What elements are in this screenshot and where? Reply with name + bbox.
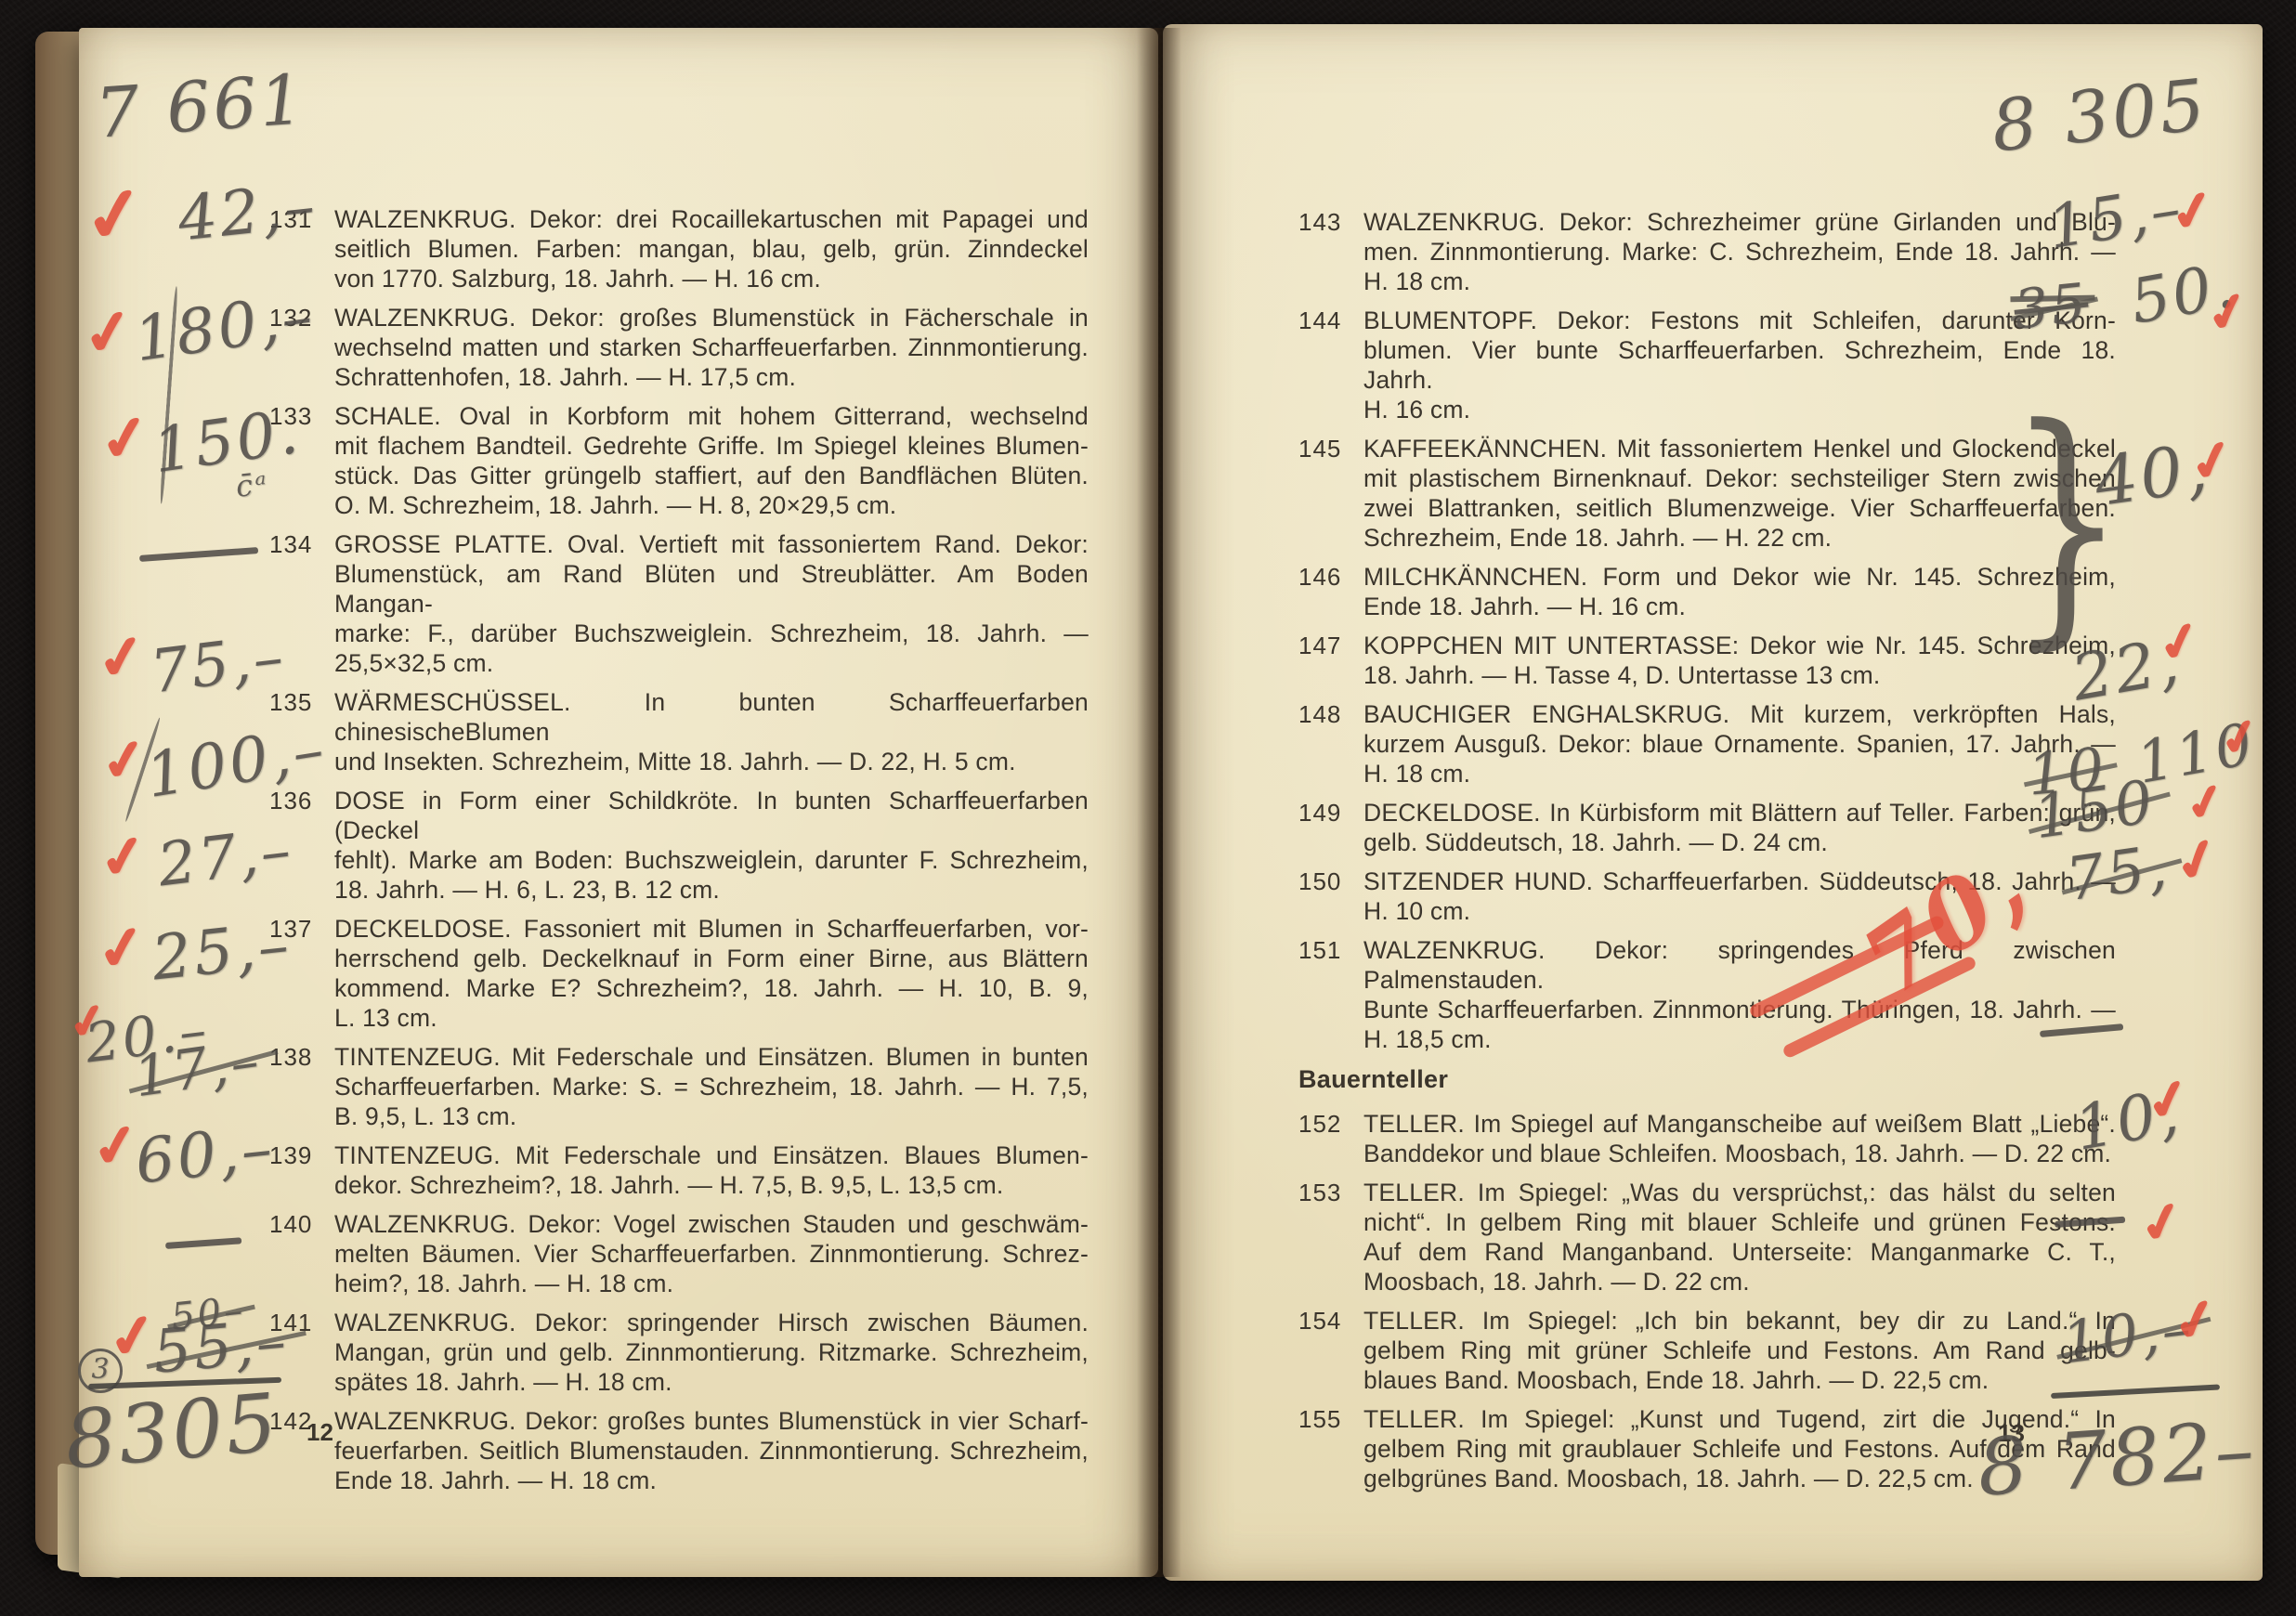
item-number: 152 bbox=[1298, 1110, 1341, 1139]
item-number: 148 bbox=[1298, 700, 1341, 729]
catalog-item: 138TINTENZEUG. Mit Federschale und Einsä… bbox=[269, 1042, 1089, 1131]
item-number: 141 bbox=[269, 1309, 312, 1337]
item-text-line: 18. Jahrh. — H. 6, L. 23, B. 12 cm. bbox=[334, 875, 1089, 905]
item-number: 140 bbox=[269, 1210, 312, 1239]
item-text-line: dekor. Schrezheim?, 18. Jahrh. — H. 7,5,… bbox=[334, 1170, 1089, 1200]
item-text-line: Ende 18. Jahrh. — H. 18 cm. bbox=[334, 1466, 1089, 1495]
item-text-line: von 1770. Salzburg, 18. Jahrh. — H. 16 c… bbox=[334, 264, 1089, 293]
catalog-page-right: 143WALZENKRUG. Dekor: Schrezheimer grüne… bbox=[1163, 24, 2263, 1581]
item-text-line: DOSE in Form einer Schildkröte. In bunte… bbox=[334, 786, 1089, 845]
item-number: 133 bbox=[269, 402, 312, 431]
item-text-line: nicht“. In gelbem Ring mit blauer Schlei… bbox=[1363, 1207, 2116, 1237]
item-text-line: marke: F., darüber Buchszweiglein. Schre… bbox=[334, 619, 1089, 648]
item-text-line: 18. Jahrh. — H. Tasse 4, D. Untertasse 1… bbox=[1363, 660, 2116, 690]
catalog-items-right: 143WALZENKRUG. Dekor: Schrezheimer grüne… bbox=[1298, 207, 2116, 1503]
catalog-item: 154TELLER. Im Spiegel: „Ich bin bekannt,… bbox=[1298, 1306, 2116, 1395]
item-number: 145 bbox=[1298, 435, 1341, 463]
item-number: 136 bbox=[269, 787, 312, 815]
item-text-line: GROSSE PLATTE. Oval. Vertieft mit fasson… bbox=[334, 529, 1089, 559]
item-number: 144 bbox=[1298, 306, 1341, 335]
item-text-line: BAUCHIGER ENGHALSKRUG. Mit kurzem, verkr… bbox=[1363, 699, 2116, 729]
item-text-line: H. 16 cm. bbox=[1363, 395, 2116, 424]
item-text-line: wechselnd matten und starken Scharffeuer… bbox=[334, 332, 1089, 362]
item-text-line: gelbgrünes Band. Moosbach, 18. Jahrh. — … bbox=[1363, 1464, 2116, 1493]
item-text-line: TELLER. Im Spiegel: „Was du versprüchst,… bbox=[1363, 1178, 2116, 1207]
item-text-line: B. 9,5, L. 13 cm. bbox=[334, 1101, 1089, 1131]
item-text-line: WALZENKRUG. Dekor: springendes Pferd zwi… bbox=[1363, 935, 2116, 995]
item-number: 150 bbox=[1298, 867, 1341, 896]
catalog-item: 143WALZENKRUG. Dekor: Schrezheimer grüne… bbox=[1298, 207, 2116, 296]
item-text-line: TELLER. Im Spiegel auf Manganscheibe auf… bbox=[1363, 1109, 2116, 1139]
catalog-page-left: 131WALZENKRUG. Dekor: drei Rocaillekartu… bbox=[79, 28, 1158, 1577]
item-text-line: SITZENDER HUND. Scharffeuerfarben. Südde… bbox=[1363, 867, 2116, 896]
item-text-line: KOPPCHEN MIT UNTERTASSE: Dekor wie Nr. 1… bbox=[1363, 631, 2116, 660]
catalog-item: 132WALZENKRUG. Dekor: großes Blumenstück… bbox=[269, 303, 1089, 392]
item-text-line: KAFFEEKÄNNCHEN. Mit fassoniertem Henkel … bbox=[1363, 434, 2116, 463]
catalog-item: 146MILCHKÄNNCHEN. Form und Dekor wie Nr.… bbox=[1298, 562, 2116, 621]
catalog-item: 153TELLER. Im Spiegel: „Was du versprüch… bbox=[1298, 1178, 2116, 1297]
item-text-line: zwei Blattranken, seitlich Blumenzweige.… bbox=[1363, 493, 2116, 523]
item-number: 151 bbox=[1298, 936, 1341, 965]
catalog-item: 134GROSSE PLATTE. Oval. Vertieft mit fas… bbox=[269, 529, 1089, 678]
item-text-line: Scharffeuerfarben. Marke: S. = Schrezhei… bbox=[334, 1072, 1089, 1101]
page-number-right: 13 bbox=[1998, 1419, 2025, 1448]
item-text-line: kommend. Marke E? Schrezheim?, 18. Jahrh… bbox=[334, 973, 1089, 1003]
item-text-line: Moosbach, 18. Jahrh. — D. 22 cm. bbox=[1363, 1267, 2116, 1297]
catalog-item: 151WALZENKRUG. Dekor: springendes Pferd … bbox=[1298, 935, 2116, 1054]
catalog-item: 139TINTENZEUG. Mit Federschale und Einsä… bbox=[269, 1140, 1089, 1200]
item-text-line: H. 18,5 cm. bbox=[1363, 1024, 2116, 1054]
item-text-line: gelbem Ring mit grüner Schleife und Fest… bbox=[1363, 1336, 2116, 1365]
item-text-line: WALZENKRUG. Dekor: springender Hirsch zw… bbox=[334, 1308, 1089, 1337]
catalog-item: 149DECKELDOSE. In Kürbisform mit Blätter… bbox=[1298, 798, 2116, 857]
item-text-line: WÄRMESCHÜSSEL. In bunten Scharffeuerfarb… bbox=[334, 687, 1089, 747]
item-text-line: L. 13 cm. bbox=[334, 1003, 1089, 1033]
item-number: 131 bbox=[269, 205, 312, 234]
item-number: 153 bbox=[1298, 1179, 1341, 1207]
item-text-line: WALZENKRUG. Dekor: großes Blumenstück in… bbox=[334, 303, 1089, 332]
item-text-line: heim?, 18. Jahrh. — H. 18 cm. bbox=[334, 1269, 1089, 1298]
item-text-line: H. 18 cm. bbox=[1363, 267, 2116, 296]
catalog-item: 150SITZENDER HUND. Scharffeuerfarben. Sü… bbox=[1298, 867, 2116, 926]
catalog-item: 147KOPPCHEN MIT UNTERTASSE: Dekor wie Nr… bbox=[1298, 631, 2116, 690]
item-text-line: WALZENKRUG. Dekor: großes buntes Blumens… bbox=[334, 1406, 1089, 1436]
catalog-items-left: 131WALZENKRUG. Dekor: drei Rocaillekartu… bbox=[269, 204, 1089, 1505]
item-text-line: TELLER. Im Spiegel: „Ich bin bekannt, be… bbox=[1363, 1306, 2116, 1336]
section-heading: Bauernteller bbox=[1298, 1065, 2116, 1094]
catalog-item: 148BAUCHIGER ENGHALSKRUG. Mit kurzem, ve… bbox=[1298, 699, 2116, 788]
item-number: 134 bbox=[269, 530, 312, 559]
item-text-line: blumen. Vier bunte Scharffeuerfarben. Sc… bbox=[1363, 335, 2116, 395]
item-text-line: Schrattenhofen, 18. Jahrh. — H. 17,5 cm. bbox=[334, 362, 1089, 392]
catalog-item: 133SCHALE. Oval in Korbform mit hohem Gi… bbox=[269, 401, 1089, 520]
item-text-line: feuerfarben. Seitlich Blumenstauden. Zin… bbox=[334, 1436, 1089, 1466]
item-text-line: WALZENKRUG. Dekor: Schrezheimer grüne Gi… bbox=[1363, 207, 2116, 237]
item-text-line: O. M. Schrezheim, 18. Jahrh. — H. 8, 20×… bbox=[334, 490, 1089, 520]
catalog-item: 141WALZENKRUG. Dekor: springender Hirsch… bbox=[269, 1308, 1089, 1397]
catalog-item: 155TELLER. Im Spiegel: „Kunst und Tugend… bbox=[1298, 1404, 2116, 1493]
item-text-line: Mangan, grün und gelb. Zinnmontierung. R… bbox=[334, 1337, 1089, 1367]
item-text-line: men. Zinnmontierung. Marke: C. Schrezhei… bbox=[1363, 237, 2116, 267]
item-text-line: Auf dem Rand Manganband. Unterseite: Man… bbox=[1363, 1237, 2116, 1267]
catalog-item: 135WÄRMESCHÜSSEL. In bunten Scharffeuerf… bbox=[269, 687, 1089, 776]
catalog-item: 140WALZENKRUG. Dekor: Vogel zwischen Sta… bbox=[269, 1209, 1089, 1298]
item-text-line: fehlt). Marke am Boden: Buchszweiglein, … bbox=[334, 845, 1089, 875]
item-text-line: Ende 18. Jahrh. — H. 16 cm. bbox=[1363, 592, 2116, 621]
item-text-line: DECKELDOSE. Fassoniert mit Blumen in Sch… bbox=[334, 914, 1089, 944]
item-number: 146 bbox=[1298, 563, 1341, 592]
item-number: 137 bbox=[269, 915, 312, 944]
item-text-line: WALZENKRUG. Dekor: drei Rocaillekartusch… bbox=[334, 204, 1089, 234]
catalog-item: 136DOSE in Form einer Schildkröte. In bu… bbox=[269, 786, 1089, 905]
item-number: 155 bbox=[1298, 1405, 1341, 1434]
item-text-line: Blumenstück, am Rand Blüten und Streublä… bbox=[334, 559, 1089, 619]
item-number: 138 bbox=[269, 1043, 312, 1072]
catalog-item: 142WALZENKRUG. Dekor: großes buntes Blum… bbox=[269, 1406, 1089, 1495]
item-number: 147 bbox=[1298, 632, 1341, 660]
item-text-line: kurzem Ausguß. Dekor: blaue Ornamente. S… bbox=[1363, 729, 2116, 759]
item-text-line: Schrezheim, Ende 18. Jahrh. — H. 22 cm. bbox=[1363, 523, 2116, 553]
item-text-line: mit plastischem Birnenknauf. Dekor: sech… bbox=[1363, 463, 2116, 493]
item-text-line: herrschend gelb. Deckelknauf in Form ein… bbox=[334, 944, 1089, 973]
book-gutter-shadow bbox=[1137, 28, 1181, 1577]
catalog-item: 152TELLER. Im Spiegel auf Manganscheibe … bbox=[1298, 1109, 2116, 1168]
item-number: 135 bbox=[269, 688, 312, 717]
item-text-line: Bunte Scharffeuerfarben. Zinnmontierung.… bbox=[1363, 995, 2116, 1024]
item-number: 139 bbox=[269, 1141, 312, 1170]
item-text-line: MILCHKÄNNCHEN. Form und Dekor wie Nr. 14… bbox=[1363, 562, 2116, 592]
item-text-line: H. 10 cm. bbox=[1363, 896, 2116, 926]
item-number: 143 bbox=[1298, 208, 1341, 237]
catalog-item: 144BLUMENTOPF. Dekor: Festons mit Schlei… bbox=[1298, 306, 2116, 424]
item-text-line: gelb. Süddeutsch, 18. Jahrh. — D. 24 cm. bbox=[1363, 828, 2116, 857]
item-text-line: TINTENZEUG. Mit Federschale und Einsätze… bbox=[334, 1042, 1089, 1072]
catalog-item: 131WALZENKRUG. Dekor: drei Rocaillekartu… bbox=[269, 204, 1089, 293]
item-text-line: BLUMENTOPF. Dekor: Festons mit Schleifen… bbox=[1363, 306, 2116, 335]
item-text-line: und Insekten. Schrezheim, Mitte 18. Jahr… bbox=[334, 747, 1089, 776]
item-number: 149 bbox=[1298, 799, 1341, 828]
catalog-item: 145KAFFEEKÄNNCHEN. Mit fassoniertem Henk… bbox=[1298, 434, 2116, 553]
item-text-line: 25,5×32,5 cm. bbox=[334, 648, 1089, 678]
item-text-line: spätes 18. Jahrh. — H. 18 cm. bbox=[334, 1367, 1089, 1397]
item-text-line: stück. Das Gitter grüngelb staffiert, au… bbox=[334, 461, 1089, 490]
item-text-line: SCHALE. Oval in Korbform mit hohem Gitte… bbox=[334, 401, 1089, 431]
item-text-line: TINTENZEUG. Mit Federschale und Einsätze… bbox=[334, 1140, 1089, 1170]
item-text-line: mit flachem Bandteil. Gedrehte Griffe. I… bbox=[334, 431, 1089, 461]
catalog-item: 137DECKELDOSE. Fassoniert mit Blumen in … bbox=[269, 914, 1089, 1033]
item-text-line: seitlich Blumen. Farben: mangan, blau, g… bbox=[334, 234, 1089, 264]
item-number: 154 bbox=[1298, 1307, 1341, 1336]
item-text-line: DECKELDOSE. In Kürbisform mit Blättern a… bbox=[1363, 798, 2116, 828]
page-number-left: 12 bbox=[307, 1418, 333, 1447]
item-text-line: blaues Band. Moosbach, Ende 18. Jahrh. —… bbox=[1363, 1365, 2116, 1395]
item-number: 132 bbox=[269, 304, 312, 332]
item-text-line: melten Bäumen. Vier Scharffeuerfarben. Z… bbox=[334, 1239, 1089, 1269]
item-text-line: WALZENKRUG. Dekor: Vogel zwischen Staude… bbox=[334, 1209, 1089, 1239]
item-text-line: Banddekor und blaue Schleifen. Moosbach,… bbox=[1363, 1139, 2116, 1168]
item-text-line: H. 18 cm. bbox=[1363, 759, 2116, 788]
